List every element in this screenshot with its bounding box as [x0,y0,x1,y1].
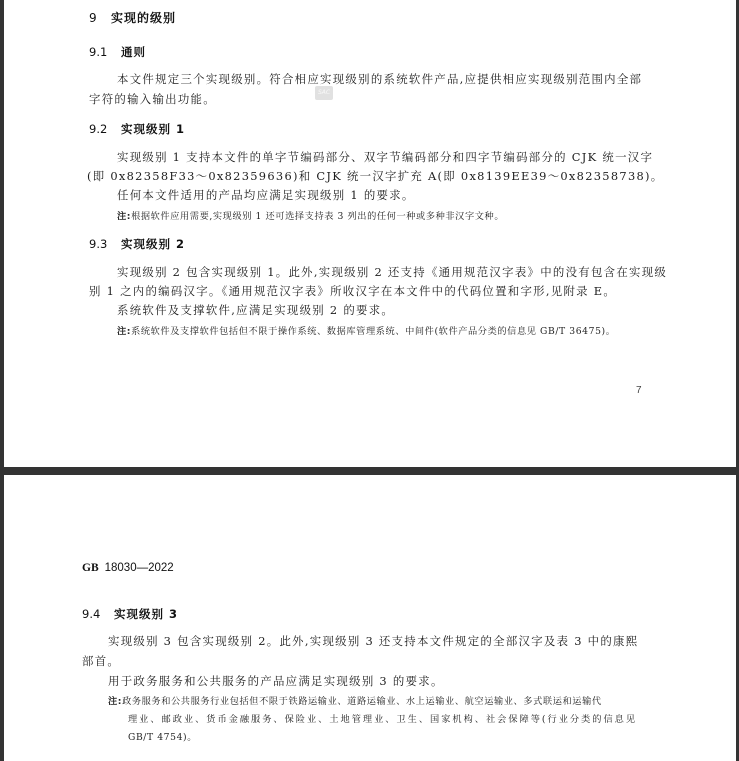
paragraph-line: 任何本文件适用的产品均应满足实现级别 1 的要求。 [117,187,415,203]
note-text: 系统软件及支撑软件包括但不限于操作系统、数据库管理系统、中间件(软件产品分类的信… [131,326,615,337]
section-9-1-heading: 9.1通则 [89,44,146,60]
section-number: 9.2 [89,122,121,136]
note: 注:根据软件应用需要,实现级别 1 还可选择支持表 3 列出的任何一种或多种非汉… [117,208,504,222]
document-page-8: GB18030—2022 9.4实现级别 3 实现级别 3 包含实现级别 2。此… [4,475,736,761]
note-text: 根据软件应用需要,实现级别 1 还可选择支持表 3 列出的任何一种或多种非汉字文… [131,211,504,222]
note-label: 注: [117,326,131,337]
section-9-heading: 9实现的级别 [89,9,176,26]
note-continuation: 理业、邮政业、货币金融服务、保险业、土地管理业、卫生、国家机构、社会保障等(行业… [128,711,637,725]
section-9-2-heading: 9.2实现级别 1 [89,121,185,137]
paragraph-line: 字符的输入输出功能。 [89,91,216,107]
section-9-4-heading: 9.4实现级别 3 [82,606,178,622]
note-text: 政务服务和公共服务行业包括但不限于铁路运输业、道路运输业、水上运输业、航空运输业… [122,696,602,707]
standard-prefix: GB [82,562,99,574]
section-9-3-heading: 9.3实现级别 2 [89,236,185,252]
paragraph-line: 实现级别 1 支持本文件的单字节编码部分、双字节编码部分和四字节编码部分的 CJ… [117,149,653,165]
section-title: 实现级别 1 [121,122,185,136]
paragraph-line: 用于政务服务和公共服务的产品应满足实现级别 3 的要求。 [108,673,444,689]
paragraph-line: 系统软件及支撑软件,应满足实现级别 2 的要求。 [117,302,394,318]
sac-watermark-icon: SAC [315,86,333,100]
paragraph-line: 别 1 之内的编码汉字。《通用规范汉字表》所收汉字在本文件中的代码位置和字形,见… [89,283,616,299]
section-title: 实现级别 3 [114,607,178,621]
paragraph-line: 实现级别 3 包含实现级别 2。此外,实现级别 3 还支持本文件规定的全部汉字及… [108,633,638,649]
paragraph-line: (即 0x82358F33～0x82359636)和 CJK 统一汉字扩充 A(… [87,168,663,184]
paragraph-line: 本文件规定三个实现级别。符合相应实现级别的系统软件产品,应提供相应实现级别范围内… [117,71,642,87]
document-header: GB18030—2022 [82,562,174,574]
section-number: 9.4 [82,607,114,621]
section-number: 9.1 [89,45,121,59]
standard-code: 18030—2022 [105,562,174,574]
note-continuation: GB/T 4754)。 [128,729,197,743]
note-label: 注: [108,696,122,707]
section-number: 9 [89,11,111,25]
document-page-7: 9实现的级别 9.1通则 本文件规定三个实现级别。符合相应实现级别的系统软件产品… [4,0,736,467]
note-label: 注: [117,211,131,222]
paragraph-line: 实现级别 2 包含实现级别 1。此外,实现级别 2 还支持《通用规范汉字表》中的… [117,264,667,280]
section-title: 通则 [121,45,146,59]
section-title: 实现的级别 [111,11,176,25]
note: 注:政务服务和公共服务行业包括但不限于铁路运输业、道路运输业、水上运输业、航空运… [108,693,602,707]
section-title: 实现级别 2 [121,237,185,251]
section-number: 9.3 [89,237,121,251]
paragraph-line: 部首。 [82,653,120,669]
page-number: 7 [636,385,642,396]
note: 注:系统软件及支撑软件包括但不限于操作系统、数据库管理系统、中间件(软件产品分类… [117,323,616,337]
